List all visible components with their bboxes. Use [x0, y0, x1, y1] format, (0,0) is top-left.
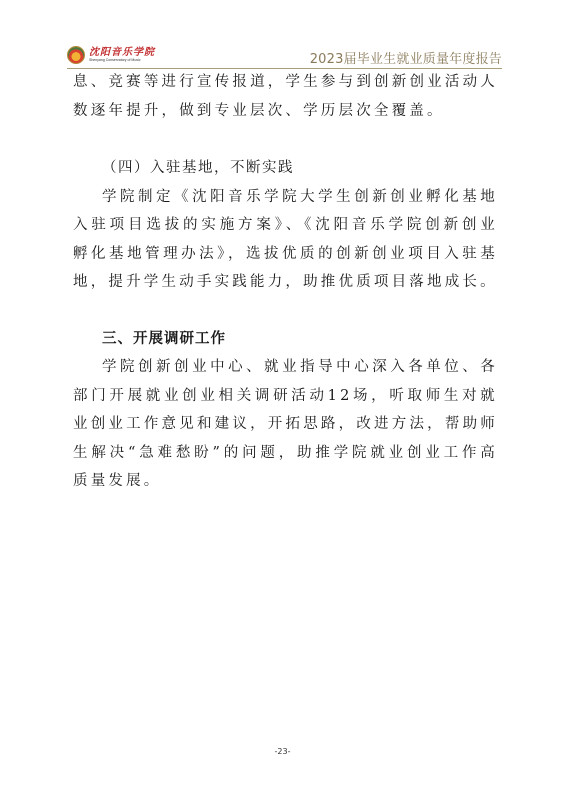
subsection-paragraph: 学院制定《沈阳音乐学院大学生创新创业孵化基地入驻项目选拔的实施方案》、《沈阳音乐…: [73, 183, 498, 297]
school-emblem-icon: [67, 46, 85, 64]
section-heading: 三、开展调研工作: [73, 325, 498, 354]
document-body: 息、竞赛等进行宣传报道，学生参与到创新创业活动人数逐年提升，做到专业层次、学历层…: [73, 68, 498, 496]
page-header: 沈阳音乐学院 Shenyang Conservatory of Music 20…: [67, 44, 502, 70]
logo-name-cn: 沈阳音乐学院: [89, 48, 155, 58]
page-number: -23-: [0, 747, 565, 756]
section-paragraph: 学院创新创业中心、就业指导中心深入各单位、各部门开展就业创业相关调研活动12场，…: [73, 353, 498, 496]
spacer: [73, 125, 498, 154]
paragraph-continued: 息、竞赛等进行宣传报道，学生参与到创新创业活动人数逐年提升，做到专业层次、学历层…: [73, 68, 498, 125]
subsection-heading: （四）入驻基地，不断实践: [73, 154, 498, 183]
report-title: 2023届毕业生就业质量年度报告: [310, 48, 502, 67]
logo-name-en: Shenyang Conservatory of Music: [89, 59, 155, 63]
logo-text: 沈阳音乐学院 Shenyang Conservatory of Music: [89, 48, 155, 63]
school-logo: 沈阳音乐学院 Shenyang Conservatory of Music: [67, 46, 155, 64]
spacer: [73, 297, 498, 325]
